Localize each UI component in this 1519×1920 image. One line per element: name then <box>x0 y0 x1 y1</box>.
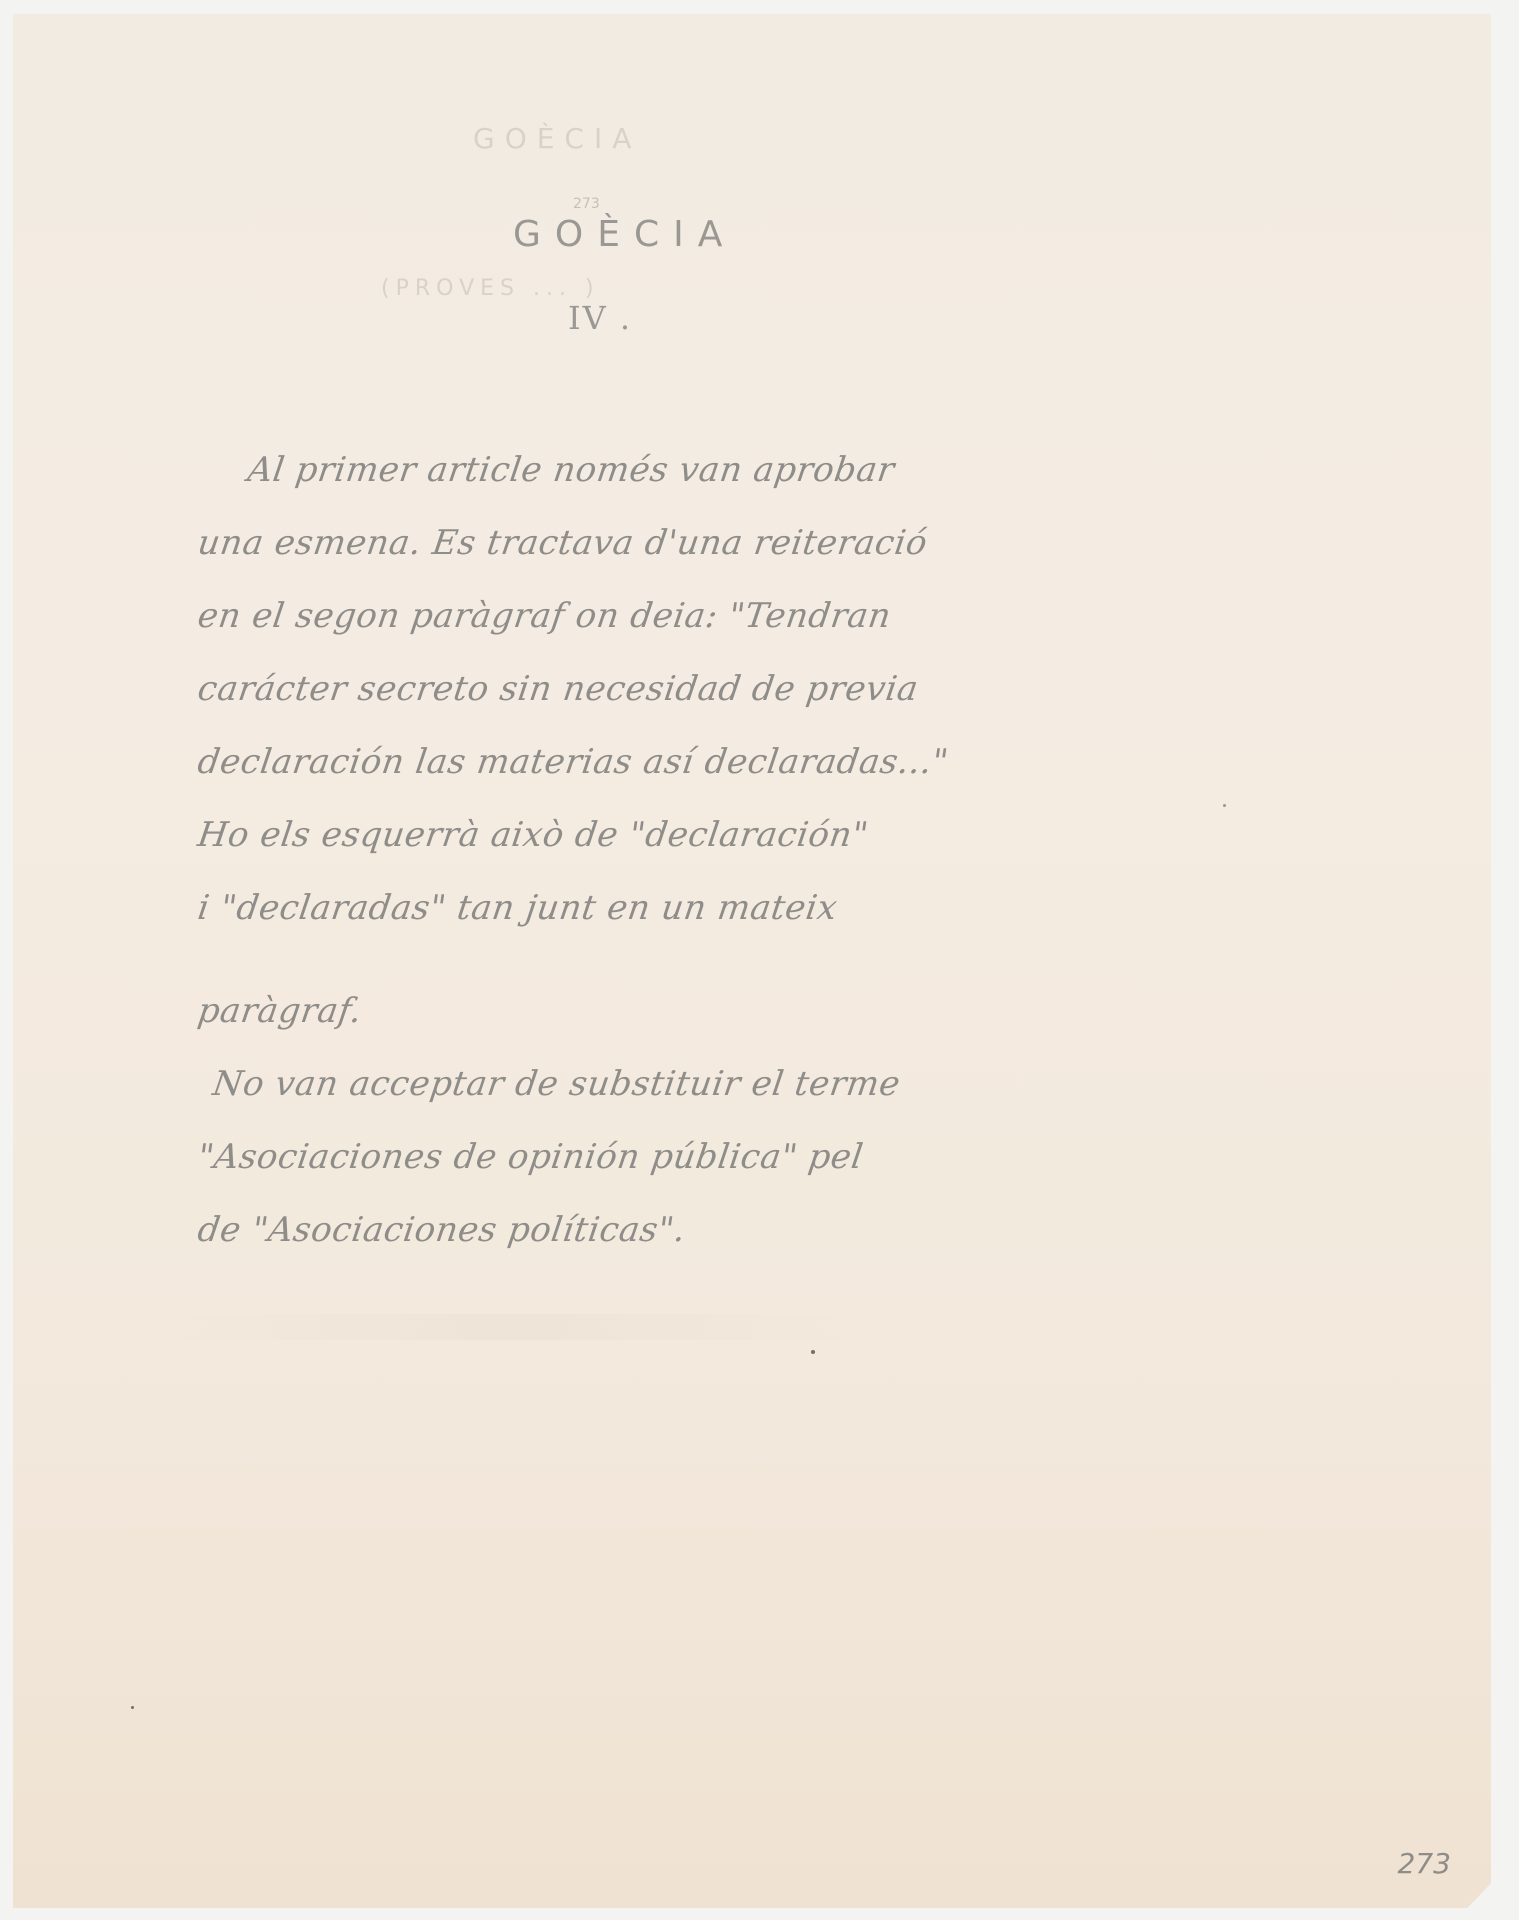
text-line: Al primer article només van aprobar <box>193 434 1063 507</box>
text-line: declaración las materias así declaradas.… <box>193 726 1063 799</box>
text-line: una esmena. Es tractava d'una reiteració <box>193 507 1063 580</box>
paper-speck <box>1223 804 1226 807</box>
text-line: de "Asociaciones políticas". <box>193 1194 1063 1267</box>
text-line: No van acceptar de substituir el terme <box>193 1048 1063 1121</box>
manuscript-page: GOÈCIA 273 GOÈCIA (PROVES ... ) IV . Al … <box>13 14 1491 1908</box>
paper-speck <box>131 1706 134 1709</box>
text-line: i "declaradas" tan junt en un mateix <box>193 872 1063 945</box>
page-number: 273 <box>1398 1847 1451 1880</box>
text-line: carácter secreto sin necesidad de previa <box>193 653 1063 726</box>
handwritten-body: Al primer article només van aprobar una … <box>198 434 1058 1267</box>
bleed-through-mark <box>163 1314 863 1340</box>
page-title: GOÈCIA <box>513 214 736 255</box>
text-line: Ho els esquerrà això de "declaración" <box>193 799 1063 872</box>
text-line: paràgraf. <box>193 975 1063 1048</box>
erased-subtitle: (PROVES ... ) <box>381 276 600 301</box>
text-line: en el segon paràgraf on deia: "Tendran <box>193 580 1063 653</box>
section-number: IV . <box>568 299 632 337</box>
title-small-number: 273 <box>573 196 600 212</box>
paper-speck <box>811 1350 815 1354</box>
ghost-title: GOÈCIA <box>473 122 641 155</box>
text-line: "Asociaciones de opinión pública" pel <box>193 1121 1063 1194</box>
